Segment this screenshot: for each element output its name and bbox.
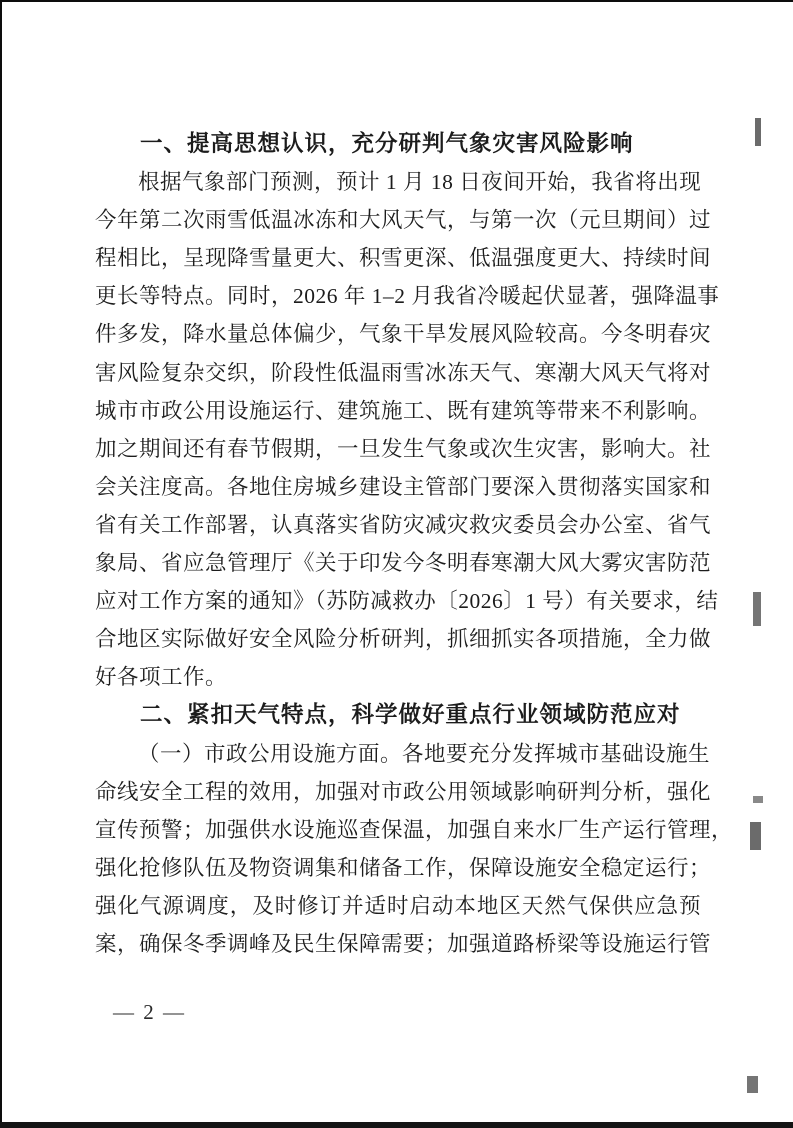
text-line: 强化抢修队伍及物资调集和储备工作，保障设施安全稳定运行； (95, 849, 701, 887)
document-body: 一、提高思想认识，充分研判气象灾害风险影响 根据气象部门预测，预计 1 月 18… (95, 125, 701, 963)
text-line: 城市市政公用设施运行、建筑施工、既有建筑等带来不利影响。 (95, 392, 701, 430)
text-line: 宣传预警；加强供水设施巡查保温，加强自来水厂生产运行管理， (95, 811, 701, 849)
text-line: 省有关工作部署，认真落实省防灾减灾救灾委员会办公室、省气 (95, 506, 701, 544)
text-line: 好各项工作。 (95, 658, 701, 696)
scan-artifact (750, 822, 761, 850)
text-line: 害风险复杂交织，阶段性低温雨雪冰冻天气、寒潮大风天气将对 (95, 354, 701, 392)
scan-edge-bottom (0, 1122, 793, 1128)
text-line: 今年第二次雨雪低温冰冻和大风天气，与第一次（元旦期间）过 (95, 201, 701, 239)
page-number: — 2 — (113, 1000, 186, 1025)
text-line: 强化气源调度，及时修订并适时启动本地区天然气保供应急预 (95, 887, 701, 925)
text-line: 根据气象部门预测，预计 1 月 18 日夜间开始，我省将出现 (95, 163, 701, 201)
scan-artifact (753, 592, 761, 626)
scan-artifact (753, 796, 763, 803)
text-line: 更长等特点。同时，2026 年 1–2 月我省冷暖起伏显著，强降温事 (95, 277, 701, 315)
section-heading-2: 二、紧扣天气特点，科学做好重点行业领域防范应对 (95, 696, 701, 734)
text-line: 合地区实际做好安全风险分析研判，抓细抓实各项措施，全力做 (95, 620, 701, 658)
text-line: 案，确保冬季调峰及民生保障需要；加强道路桥梁等设施运行管 (95, 925, 701, 963)
scan-artifact (755, 118, 761, 146)
text-line: 加之期间还有春节假期，一旦发生气象或次生灾害，影响大。社 (95, 430, 701, 468)
text-line: 命线安全工程的效用，加强对市政公用领域影响研判分析，强化 (95, 773, 701, 811)
section-heading-1: 一、提高思想认识，充分研判气象灾害风险影响 (95, 125, 701, 163)
scan-edge-left (0, 0, 2, 1128)
text-line: 件多发，降水量总体偏少，气象干旱发展风险较高。今冬明春灾 (95, 315, 701, 353)
scan-edge-top (0, 0, 793, 2)
text-line: （一）市政公用设施方面。各地要充分发挥城市基础设施生 (95, 735, 701, 773)
text-line: 象局、省应急管理厅《关于印发今冬明春寒潮大风大雾灾害防范 (95, 544, 701, 582)
text-line: 应对工作方案的通知》（苏防减救办〔2026〕1 号）有关要求，结 (95, 582, 701, 620)
text-line: 程相比，呈现降雪量更大、积雪更深、低温强度更大、持续时间 (95, 239, 701, 277)
scan-artifact (747, 1076, 758, 1093)
scanned-document-page: 一、提高思想认识，充分研判气象灾害风险影响 根据气象部门预测，预计 1 月 18… (0, 0, 793, 1128)
text-line: 会关注度高。各地住房城乡建设主管部门要深入贯彻落实国家和 (95, 468, 701, 506)
